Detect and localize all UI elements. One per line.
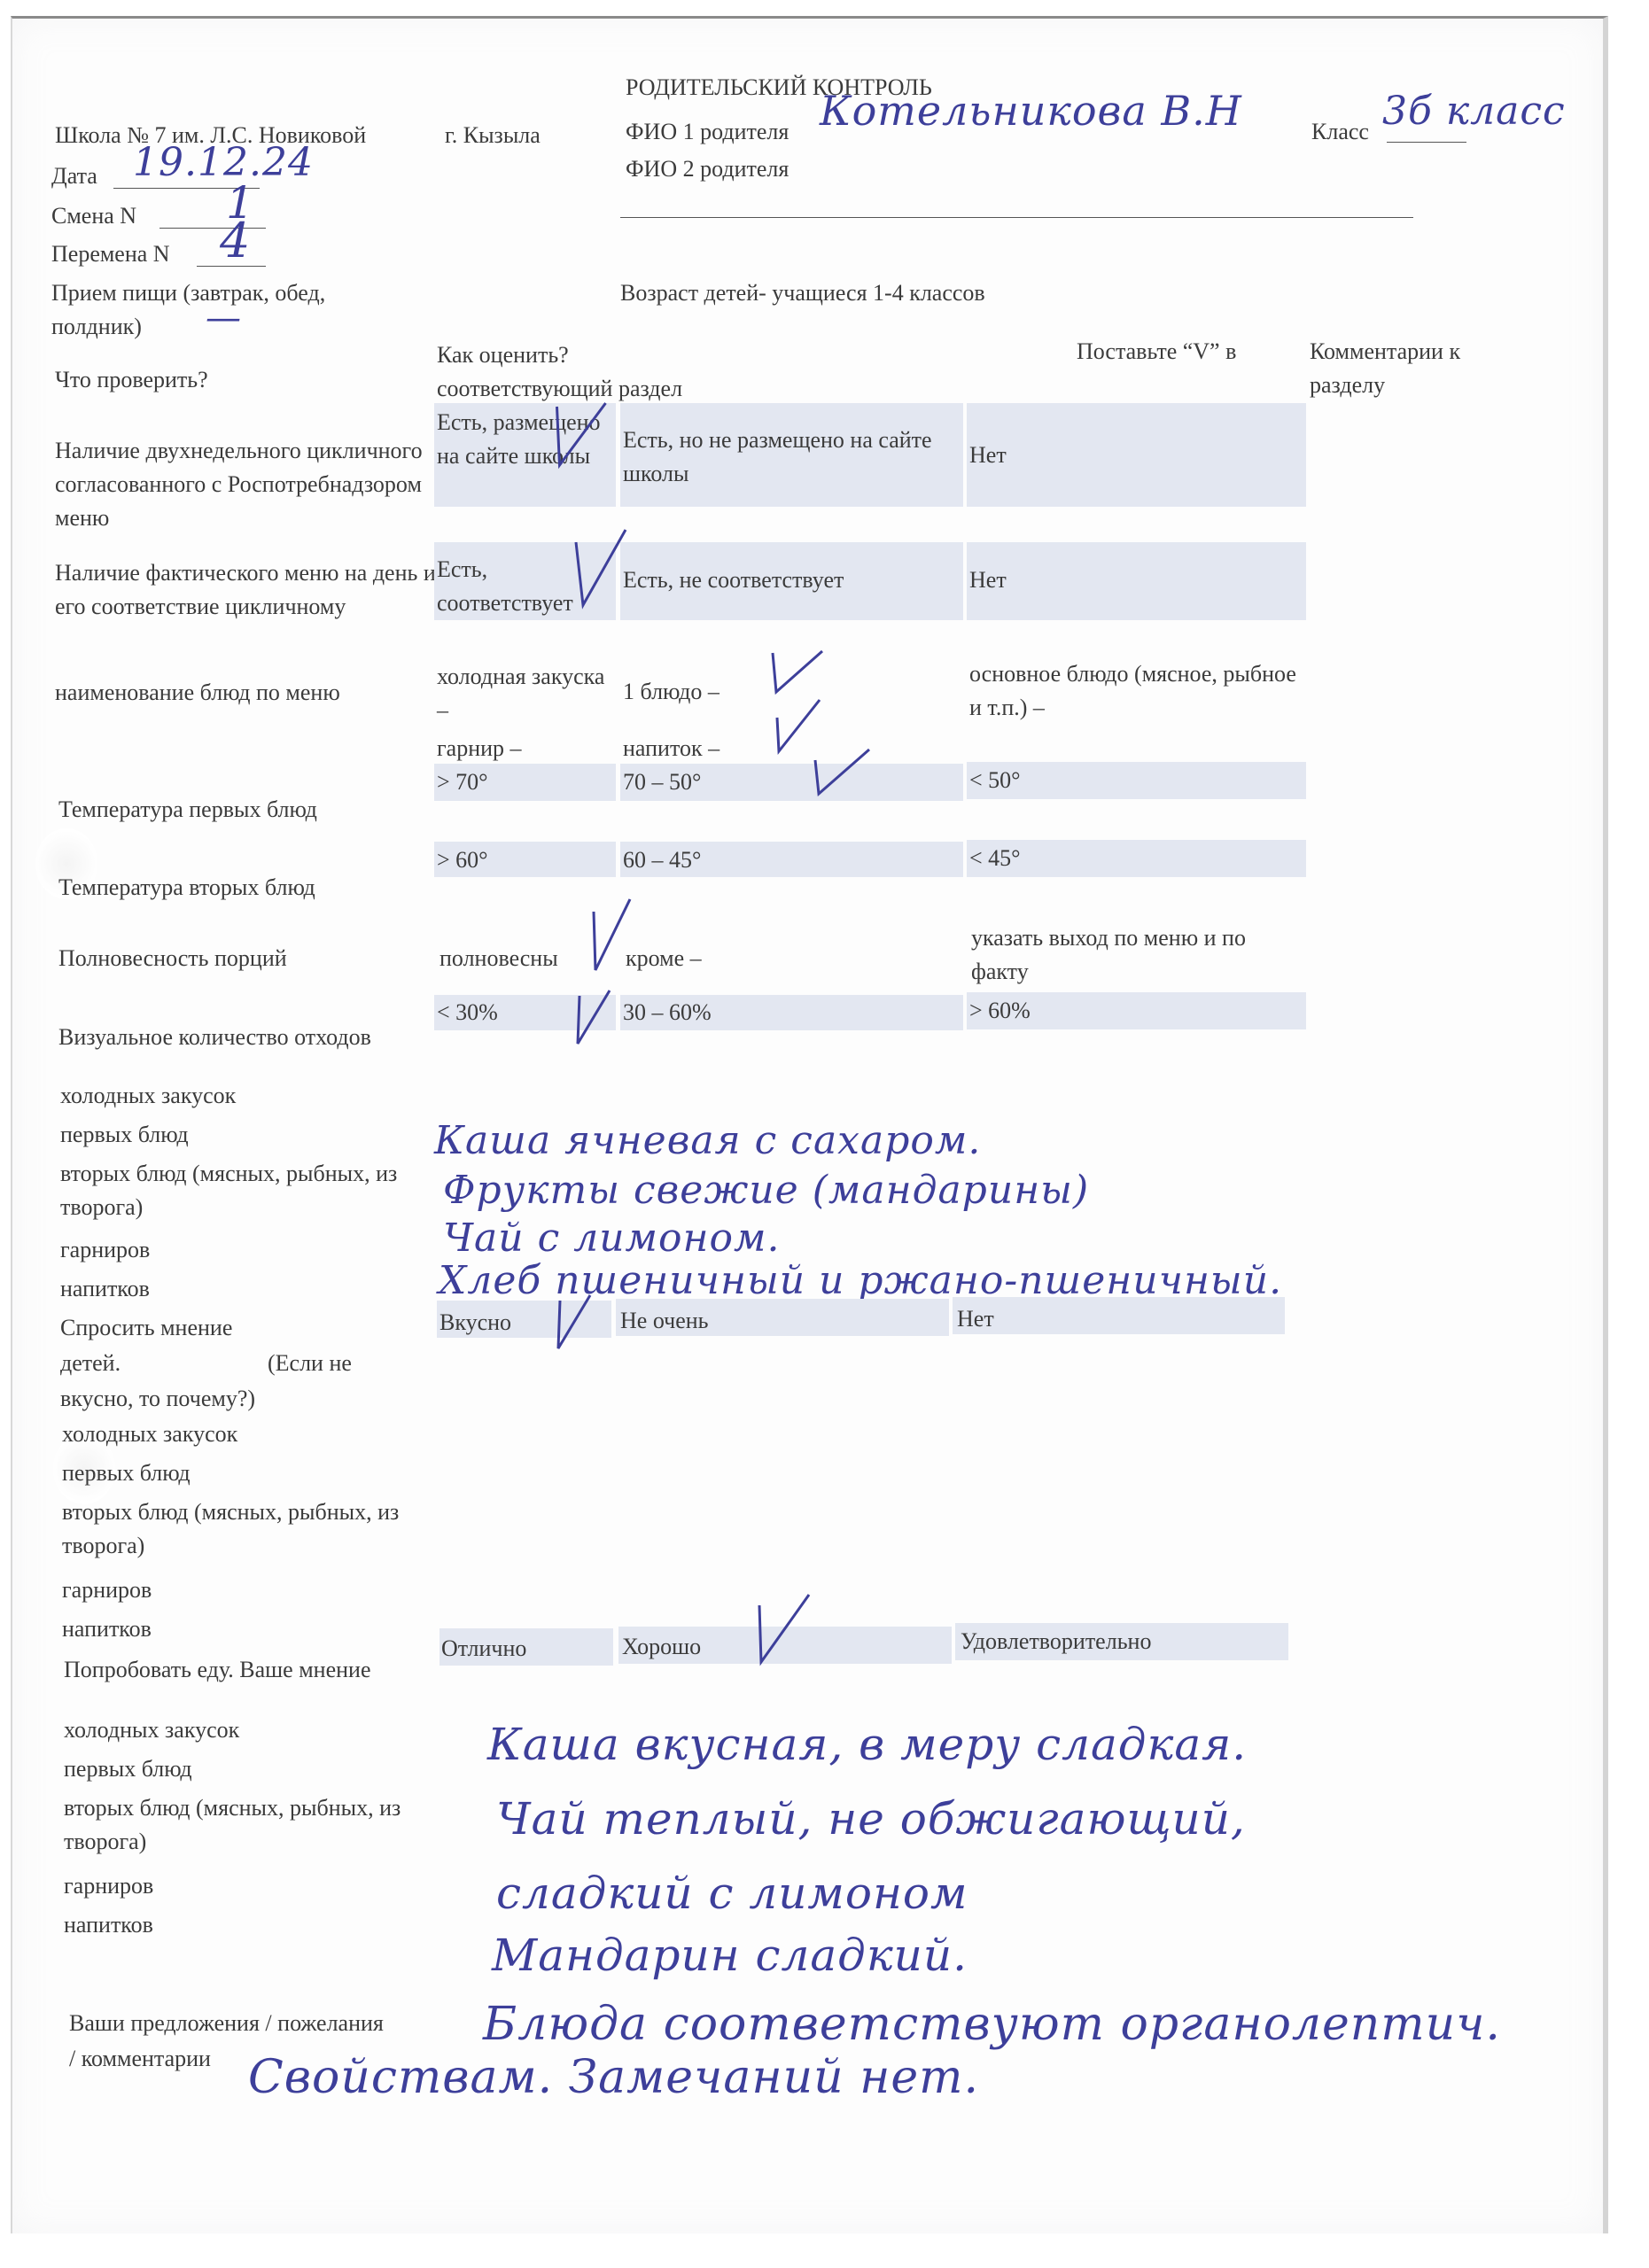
waste-item: холодных закусок	[60, 1079, 236, 1113]
option-waste-c[interactable]: > 60%	[969, 994, 1031, 1028]
date-field[interactable]: 19.12.24	[133, 140, 314, 185]
checkmark-icon	[758, 1595, 811, 1664]
menu-note[interactable]: Каша ячневая с сахаром.	[434, 1118, 981, 1163]
option-main-course[interactable]: основное блюдо (мясное, рыбное и т.п.) –	[969, 657, 1306, 725]
parent1-field[interactable]: Котельникова В.Н	[820, 87, 1242, 135]
option-portions-b[interactable]: кроме –	[626, 942, 702, 975]
taste-label: Попробовать еду. Ваше мнение	[64, 1653, 370, 1687]
option-temp2-c[interactable]: < 45°	[969, 842, 1021, 875]
option-temp2-a[interactable]: > 60°	[437, 843, 488, 877]
option-row1-b[interactable]: Есть, но не размещено на сайте школы	[623, 423, 960, 491]
children-opinion-label: Спросить мнение	[60, 1311, 232, 1345]
children-opinion-label-2: детей.	[60, 1347, 121, 1380]
taste-item: гарниров	[64, 1869, 153, 1903]
taste-note[interactable]: Мандарин сладкий.	[492, 1930, 968, 1981]
checkmark-icon	[574, 530, 627, 610]
option-tasty[interactable]: Вкусно	[439, 1306, 511, 1340]
break-label: Перемена N	[51, 237, 170, 271]
taste-note[interactable]: сладкий с лимоном	[496, 1868, 968, 1919]
option-temp1-c[interactable]: < 50°	[969, 764, 1021, 797]
option-row2-b[interactable]: Есть, не соответствует	[623, 563, 844, 597]
cell-bg	[967, 403, 1306, 507]
checkmark-icon	[576, 990, 611, 1045]
col-mark-header: Поставьте “V” в	[1077, 335, 1236, 369]
option-portions-a[interactable]: полновесны	[439, 942, 558, 975]
waste-item: первых блюд	[60, 1118, 189, 1152]
option-row2-c[interactable]: Нет	[969, 563, 1007, 597]
checkmark-icon	[556, 1295, 592, 1350]
opinion-item: холодных закусок	[62, 1417, 237, 1451]
row-label-waste: Визуальное количество отходов	[58, 1021, 371, 1054]
menu-note[interactable]: Чай с лимоном.	[443, 1216, 780, 1261]
option-portions-c[interactable]: указать выход по меню и по факту	[971, 921, 1308, 989]
option-good[interactable]: Хорошо	[622, 1630, 701, 1664]
checkmark-icon	[775, 700, 828, 753]
waste-item: напитков	[60, 1272, 150, 1306]
date-label: Дата	[51, 159, 97, 193]
taste-item: холодных закусок	[64, 1713, 239, 1747]
children-opinion-label-3: (Если не	[268, 1347, 352, 1380]
age-label: Возраст детей- учащиеся 1-4 классов	[620, 276, 992, 310]
row-label-menu-cycle: Наличие двухнедельного цикличного соглас…	[55, 434, 427, 535]
waste-item: гарниров	[60, 1233, 150, 1267]
city: г. Кызыла	[445, 119, 541, 152]
class-line	[1387, 142, 1466, 143]
col-how-header-line2: соответствующий раздел	[437, 372, 682, 406]
option-waste-a[interactable]: < 30%	[437, 996, 498, 1029]
suggestion-note[interactable]: Свойствам. Замечаний нет.	[248, 2051, 979, 2104]
opinion-item: первых блюд	[62, 1456, 191, 1490]
checkmark-icon	[813, 750, 871, 796]
parent2-label: ФИО 2 родителя	[626, 152, 789, 186]
opinion-item: гарниров	[62, 1573, 152, 1607]
class-field[interactable]: 3б класс	[1382, 89, 1566, 134]
suggestions-label-2: / комментарии	[69, 2042, 211, 2076]
option-cold-appetizer[interactable]: холодная закуска –	[437, 660, 605, 727]
option-not-very[interactable]: Не очень	[620, 1304, 709, 1338]
children-opinion-label-4: вкусно, то почему?)	[60, 1382, 255, 1416]
taste-item: первых блюд	[64, 1752, 192, 1786]
option-excellent[interactable]: Отлично	[441, 1632, 526, 1666]
break-field[interactable]: 4	[220, 213, 251, 268]
opinion-item: напитков	[62, 1612, 152, 1646]
taste-note[interactable]: Каша вкусная, в меру сладкая.	[487, 1719, 1247, 1770]
col-how-header: Как оценить?	[437, 338, 569, 372]
option-row1-c[interactable]: Нет	[969, 439, 1007, 472]
row-label-portions: Полновесность порций	[58, 942, 287, 975]
waste-item: вторых блюд (мясных, рыбных, из творога)	[60, 1157, 432, 1224]
option-temp2-b[interactable]: 60 – 45°	[623, 843, 701, 877]
checkmark-icon	[592, 899, 632, 972]
parent1-label: ФИО 1 родителя	[626, 115, 789, 149]
suggestion-note[interactable]: Блюда соответствуют органолептич.	[483, 1998, 1501, 2051]
checkmark-icon	[771, 651, 824, 695]
col-comments-header: Комментарии к разделу	[1310, 335, 1540, 402]
taste-note[interactable]: Чай теплый, не обжигающий,	[496, 1793, 1246, 1845]
row-label-dish-names: наименование блюд по меню	[55, 676, 340, 710]
option-first-course[interactable]: 1 блюдо –	[623, 675, 719, 709]
meal-field[interactable]: —	[206, 298, 242, 338]
cell-bg	[967, 542, 1306, 620]
row-label-actual-menu: Наличие фактического меню на день и его …	[55, 556, 436, 624]
option-side-dish[interactable]: гарнир –	[437, 732, 522, 765]
option-waste-b[interactable]: 30 – 60%	[623, 996, 712, 1029]
option-drink[interactable]: напиток –	[623, 732, 719, 765]
checkmark-icon	[548, 403, 614, 474]
taste-item: вторых блюд (мясных, рыбных, из творога)	[64, 1791, 436, 1859]
parent2-line	[620, 217, 1413, 218]
col-what-header: Что проверить?	[55, 363, 208, 397]
opinion-item: вторых блюд (мясных, рыбных, из творога)	[62, 1495, 434, 1563]
cell-bg	[953, 1297, 1285, 1334]
shift-label: Смена N	[51, 199, 136, 233]
taste-item: напитков	[64, 1908, 153, 1942]
suggestions-label: Ваши предложения / пожелания	[69, 2007, 384, 2040]
menu-note[interactable]: Фрукты свежие (мандарины)	[443, 1168, 1089, 1213]
class-label: Класс	[1311, 115, 1369, 149]
option-satisfactory[interactable]: Удовлетворительно	[961, 1625, 1151, 1658]
option-no[interactable]: Нет	[957, 1302, 994, 1336]
row-label-temp-second: Температура вторых блюд	[58, 871, 315, 905]
option-temp1-b[interactable]: 70 – 50°	[623, 765, 701, 799]
option-temp1-a[interactable]: > 70°	[437, 765, 488, 799]
row-label-temp-first: Температура первых блюд	[58, 793, 317, 827]
